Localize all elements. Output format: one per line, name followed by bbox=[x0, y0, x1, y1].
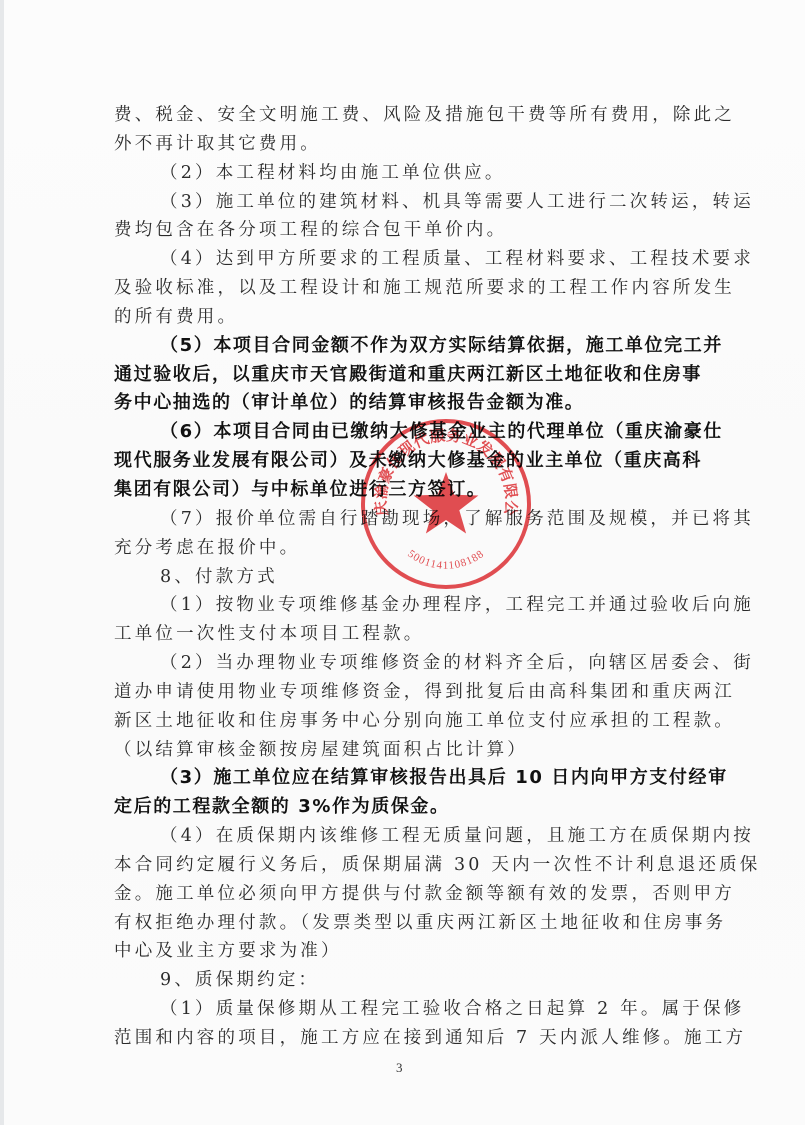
text-line: 范围和内容的项目，施工方应在接到通知后 7 天内派人维修。施工方 bbox=[114, 1024, 690, 1053]
text-line: 外不再计取其它费用。 bbox=[114, 130, 690, 159]
text-line: 新区土地征收和住房事务中心分别向施工单位支付应承担的工程款。 bbox=[114, 707, 690, 736]
text-line: （3）施工单位的建筑材料、机具等需要人工进行二次转运，转运 bbox=[114, 188, 690, 217]
text-line: 费、税金、安全文明施工费、风险及措施包干费等所有费用，除此之 bbox=[114, 101, 690, 130]
page-left-edge bbox=[0, 0, 4, 1125]
text-line: （2）当办理物业专项维修资金的材料齐全后，向辖区居委会、街 bbox=[114, 649, 690, 678]
text-line: （1）按物业专项维修基金办理程序，工程完工并通过验收后向施 bbox=[114, 591, 690, 620]
text-line: 中心及业主方要求为准） bbox=[114, 937, 690, 966]
text-line: （7）报价单位需自行踏勘现场，了解服务范围及规模，并已将其 bbox=[114, 505, 690, 534]
text-line: 集团有限公司）与中标单位进行三方签订。 bbox=[114, 476, 690, 505]
section-heading: 9、质保期约定： bbox=[114, 966, 690, 995]
text-line: 现代服务业发展有限公司）及未缴纳大修基金的业主单位（重庆高科 bbox=[114, 447, 690, 476]
text-line: 工单位一次性支付本项目工程款。 bbox=[114, 620, 690, 649]
section-heading: 8、付款方式 bbox=[114, 563, 690, 592]
text-line: （1）质量保修期从工程完工验收合格之日起算 2 年。属于保修 bbox=[114, 995, 690, 1024]
text-line: （以结算审核金额按房屋建筑面积占比计算） bbox=[114, 736, 690, 765]
text-line: 金。施工单位必须向甲方提供与付款金额等额有效的发票，否则甲方 bbox=[114, 880, 690, 909]
text-line: 通过验收后，以重庆市天官殿街道和重庆两江新区土地征收和住房事 bbox=[114, 361, 690, 390]
text-line: （3）施工单位应在结算审核报告出具后 10 日内向甲方支付经审 bbox=[114, 764, 690, 793]
text-line: （6）本项目合同由已缴纳大修基金业主的代理单位（重庆渝豪仕 bbox=[114, 418, 690, 447]
text-line: 本合同约定履行义务后，质保期届满 30 天内一次性不计利息退还质保 bbox=[114, 851, 690, 880]
text-line: 定后的工程款全额的 3%作为质保金。 bbox=[114, 793, 690, 822]
text-line: （4）在质保期内该维修工程无质量问题，且施工方在质保期内按 bbox=[114, 822, 690, 851]
text-line: （4）达到甲方所要求的工程质量、工程材料要求、工程技术要求 bbox=[114, 245, 690, 274]
text-line: 有权拒绝办理付款。（发票类型以重庆两江新区土地征收和住房事务 bbox=[114, 909, 690, 938]
document-body: 费、税金、安全文明施工费、风险及措施包干费等所有费用，除此之 外不再计取其它费用… bbox=[114, 101, 690, 1053]
text-line: （5）本项目合同金额不作为双方实际结算依据，施工单位完工并 bbox=[114, 332, 690, 361]
text-line: 充分考虑在报价中。 bbox=[114, 534, 690, 563]
text-line: （2）本工程材料均由施工单位供应。 bbox=[114, 159, 690, 188]
text-line: 费均包含在各分项工程的综合包干单价内。 bbox=[114, 216, 690, 245]
text-line: 及验收标准，以及工程设计和施工规范所要求的工程工作内容所发生 bbox=[114, 274, 690, 303]
document-page: 费、税金、安全文明施工费、风险及措施包干费等所有费用，除此之 外不再计取其它费用… bbox=[0, 0, 805, 1125]
text-line: 的所有费用。 bbox=[114, 303, 690, 332]
text-line: 务中心抽选的（审计单位）的结算审核报告金额为准。 bbox=[114, 389, 690, 418]
page-number: 3 bbox=[396, 1060, 403, 1076]
text-line: 道办申请使用物业专项维修资金，得到批复后由高科集团和重庆两江 bbox=[114, 678, 690, 707]
